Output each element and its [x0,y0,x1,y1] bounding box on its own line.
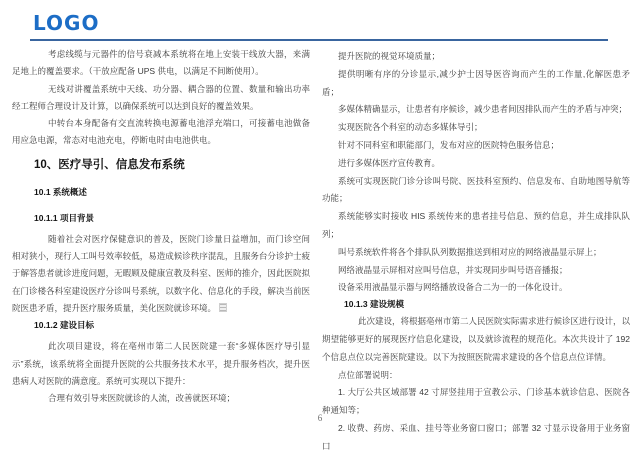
bullet-line: 提升医院的视觉环境质量； [322,48,630,66]
paragraph-goal-item: 合理有效引导来医院就诊的人流，改善就医环境； [12,390,310,407]
left-column: 考虑线缆与元器件的信号衰减本系统将在地上安装干线放大器，来满足地上的覆盖要求。（… [12,44,310,453]
paragraph-scale: 此次建设，将根据亳州市第二人民医院实际需求进行候诊区进行设计，以期望能够更好的展… [322,313,630,366]
bullet-line: 多媒体精确显示，让患者有序候诊，减少患者间因排队而产生的矛盾与冲突； [322,101,630,119]
paragraph-coverage-2: 无线对讲覆盖系统中天线、功分器、耦合器的位置、数量和输出功率经工程师合理设计及计… [12,81,310,116]
paragraph-background: 随着社会对医疗保健意识的普及，医院门诊量日益增加，而门诊空间相对狭小，现行人工叫… [12,231,310,317]
page-number: 6 [0,413,640,423]
two-column-body: 考虑线缆与元器件的信号衰减本系统将在地上安装干线放大器，来满足地上的覆盖要求。（… [12,44,630,453]
heading-construction-scale: 10.1.3 建设规模 [344,297,630,311]
bullet-line: 进行多媒体医疗宣传教育。 [322,155,630,173]
heading-project-background: 10.1.1 项目背景 [34,212,310,224]
deploy-label: 点位部署说明： [322,367,630,385]
paragraph-goal: 此次项目建设，将在亳州市第二人民医院建一套“多媒体医疗导引显示”系统，该系统将全… [12,338,310,390]
section-heading: 10、医疗导引、信息发布系统 [34,157,310,173]
heading-construction-goal: 10.1.2 建设目标 [34,319,310,331]
inline-artifact-icon [219,303,227,312]
paragraph-background-text: 随着社会对医疗保健意识的普及，医院门诊量日益增加，而门诊空间相对狭小，现行人工叫… [12,234,310,313]
header-divider [30,39,608,41]
bullet-line: 针对不同科室和职能部门，发布对应的医院特色服务信息； [322,137,630,155]
bullet-line: 叫号系统软件将各个排队队列数据推送到相对应的网络液晶显示屏上； [322,244,630,262]
heading-system-overview: 10.1 系统概述 [34,186,310,198]
document-page: LOGO 考虑线缆与元器件的信号衰减本系统将在地上安装干线放大器，来满足地上的覆… [0,0,640,453]
bullet-line: 提供明晰有序的分诊显示,减少护士因导医咨询而产生的工作量,化解医患矛盾； [322,66,630,102]
bullet-line: 系统能够实时接收 HIS 系统传来的患者挂号信息、预约信息，并生成排队队列； [322,208,630,244]
paragraph-coverage-3: 中转台本身配备有交直流转换电源蓄电池浮充端口，可接蓄电池做备用应急电源，常态对电… [12,115,310,150]
bullet-line: 网络液晶显示屏相对应叫号信息，并实现同步叫号语音播报； [322,262,630,280]
company-logo: LOGO [33,11,99,35]
deploy-item: 2. 收费、药房、采血、挂号等业务窗口窗口；部署 32 寸显示设备用于业务窗口 [322,420,630,453]
bullet-line: 系统可实现医院门诊分诊叫号院、医技科室预约、信息发布、自助地图导航等功能； [322,173,630,209]
bullet-line: 设备采用液晶显示器与网络播放设备合二为一的一体化设计。 [322,279,630,297]
bullet-line: 实现医院各个科室的动态多媒体导引； [322,119,630,137]
right-column: 提升医院的视觉环境质量； 提供明晰有序的分诊显示,减少护士因导医咨询而产生的工作… [322,44,630,453]
paragraph-coverage-1: 考虑线缆与元器件的信号衰减本系统将在地上安装干线放大器，来满足地上的覆盖要求。（… [12,46,310,81]
